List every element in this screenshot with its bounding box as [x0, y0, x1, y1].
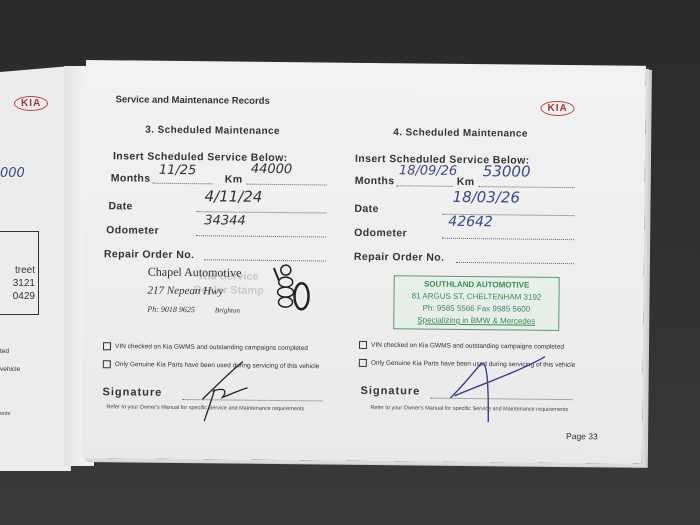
months-value: 11/25 — [159, 163, 197, 178]
stamp-name: Chapel Automotive — [148, 265, 242, 281]
section-3: 3. Scheduled Maintenance Insert Schedule… — [102, 120, 335, 422]
odometer-label: Odometer — [106, 224, 159, 237]
dealer-stamp: SOUTHLAND AUTOMOTIVE 81 ARGUS ST, CHELTE… — [393, 275, 560, 331]
check-vin-label: VIN checked on Kia GWMS and outstanding … — [115, 343, 308, 352]
left-stamp-line: 3121 — [13, 277, 35, 290]
km-label: Km — [457, 176, 475, 188]
kia-logo: KIA — [540, 101, 574, 116]
left-km-fragment: 000 — [0, 166, 25, 181]
months-label: Months — [355, 175, 395, 187]
kia-logo-left: KIA — [14, 96, 48, 111]
left-page: KIA 000 treet 3121 0429 ted vehicle ents — [0, 66, 71, 471]
page-title: Service and Maintenance Records — [116, 94, 270, 107]
date-label: Date — [354, 203, 378, 215]
left-stamp-line: treet — [13, 264, 35, 277]
left-check2-fragment: vehicle — [0, 366, 20, 373]
repair-order-label: Repair Order No. — [354, 251, 445, 264]
date-value: 18/03/26 — [452, 188, 520, 207]
check-vin[interactable]: VIN checked on Kia GWMS and outstanding … — [103, 342, 308, 352]
stamp-address: 217 Nepean Hwy — [148, 285, 242, 298]
signature-label: Signature — [360, 385, 420, 398]
odometer-value: 34344 — [204, 213, 246, 228]
refer-text: Refer to your Owner's Manual for specifi… — [370, 405, 568, 413]
months-label: Months — [111, 172, 151, 184]
date-value: 4/11/24 — [204, 187, 262, 206]
km-value: 44000 — [251, 162, 293, 177]
date-label: Date — [108, 200, 132, 212]
service-record-page: Service and Maintenance Records KIA 3. S… — [82, 60, 646, 464]
checkbox[interactable] — [103, 360, 111, 368]
page-number: Page 33 — [566, 431, 598, 441]
dealer-stamp: Chapel Automotive 217 Nepean Hwy Ph: 901… — [147, 265, 241, 315]
months-value: 18/09/26 — [399, 163, 458, 179]
repair-order-field[interactable] — [456, 250, 574, 264]
stamp-tagline: Specializing in BMW & Mercedes — [398, 314, 554, 328]
left-check1-fragment: ted — [0, 348, 9, 355]
stamp-phone: Ph: 9018 9625 — [147, 305, 195, 314]
check-vin-label: VIN checked on Kia GWMS and outstanding … — [371, 342, 564, 351]
signature-label: Signature — [102, 386, 162, 399]
stamp-suburb: Brighton — [215, 306, 240, 314]
left-stamp-box: treet 3121 0429 — [0, 231, 39, 315]
michelin-man-icon — [271, 262, 312, 312]
left-refer-fragment: ents — [0, 411, 10, 417]
check-vin[interactable]: VIN checked on Kia GWMS and outstanding … — [359, 341, 564, 351]
checkbox[interactable] — [103, 342, 111, 350]
km-value: 53000 — [483, 162, 531, 180]
odometer-label: Odometer — [354, 227, 407, 240]
left-stamp-line: 0429 — [13, 290, 35, 303]
section-title: 3. Scheduled Maintenance — [145, 125, 280, 137]
km-label: Km — [225, 173, 243, 185]
section-4: 4. Scheduled Maintenance Insert Schedule… — [350, 123, 603, 426]
refer-text: Refer to your Owner's Manual for specifi… — [106, 404, 304, 412]
repair-order-label: Repair Order No. — [104, 248, 195, 261]
signature-scribble — [192, 359, 253, 422]
odometer-value: 42642 — [448, 214, 493, 230]
checkbox[interactable] — [359, 359, 367, 367]
section-title: 4. Scheduled Maintenance — [393, 127, 528, 139]
checkbox[interactable] — [359, 341, 367, 349]
repair-order-field[interactable] — [204, 247, 326, 261]
